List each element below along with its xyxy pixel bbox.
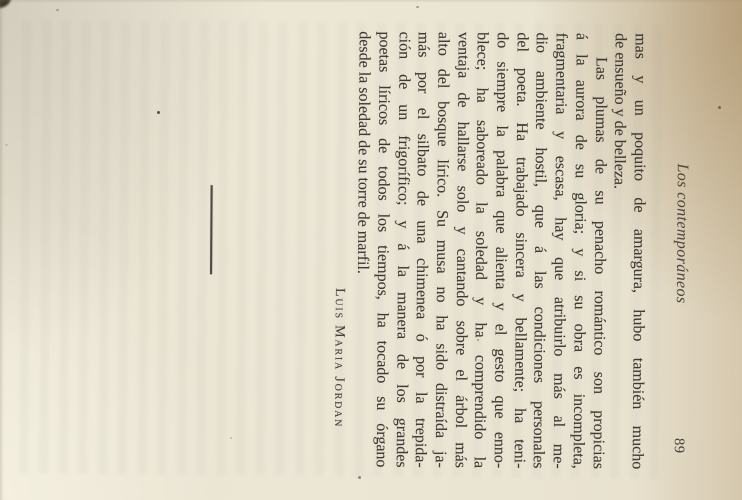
- text-line: mas y un poquito de amargura, hubo tambi…: [627, 33, 650, 469]
- running-header-title: Los contemporáneos: [671, 15, 692, 451]
- text-line: fragmentaria y escasa, hay que atribuirl…: [548, 33, 571, 469]
- text-line: dio ambiente hostil, que á las condicion…: [528, 33, 551, 469]
- body-text: mas y un poquito de amargura, hubo tambi…: [351, 31, 650, 469]
- section-end-rule: [211, 185, 214, 274]
- text-line: Las plumas de su penacho romántico son p…: [588, 33, 611, 469]
- author-signature: Luis Maria Jordan: [330, 31, 349, 467]
- text-line: más por el silbato de una chimenea ó por…: [410, 32, 433, 468]
- running-header: Los contemporáneos 89: [669, 33, 692, 469]
- text-line: blece; ha saboreado la soledad y ha comp…: [469, 32, 492, 468]
- page-number: 89: [670, 438, 688, 454]
- scanned-book-page: Los contemporáneos 89 mas y un poquito d…: [0, 0, 742, 500]
- page-content: Los contemporáneos 89 mas y un poquito d…: [209, 30, 742, 470]
- text-line: ventaja de hallarse solo y cantando sobr…: [450, 32, 473, 468]
- text-line: do siempre la palabra que alienta y el g…: [489, 32, 512, 468]
- text-line: del poeta. Ha trabajado sincera y bellam…: [509, 32, 532, 468]
- text-line: alto del bosque lírico. Su musa no ha si…: [430, 32, 453, 468]
- text-line: poetas líricos de todos los tiempos, ha …: [371, 31, 394, 467]
- text-line: á la aurora de su gloria; y si su obra e…: [568, 33, 591, 469]
- text-line: ción de un frigorífico; y á la manera de…: [391, 32, 414, 468]
- book-page-rotated: Los contemporáneos 89 mas y un poquito d…: [0, 0, 742, 500]
